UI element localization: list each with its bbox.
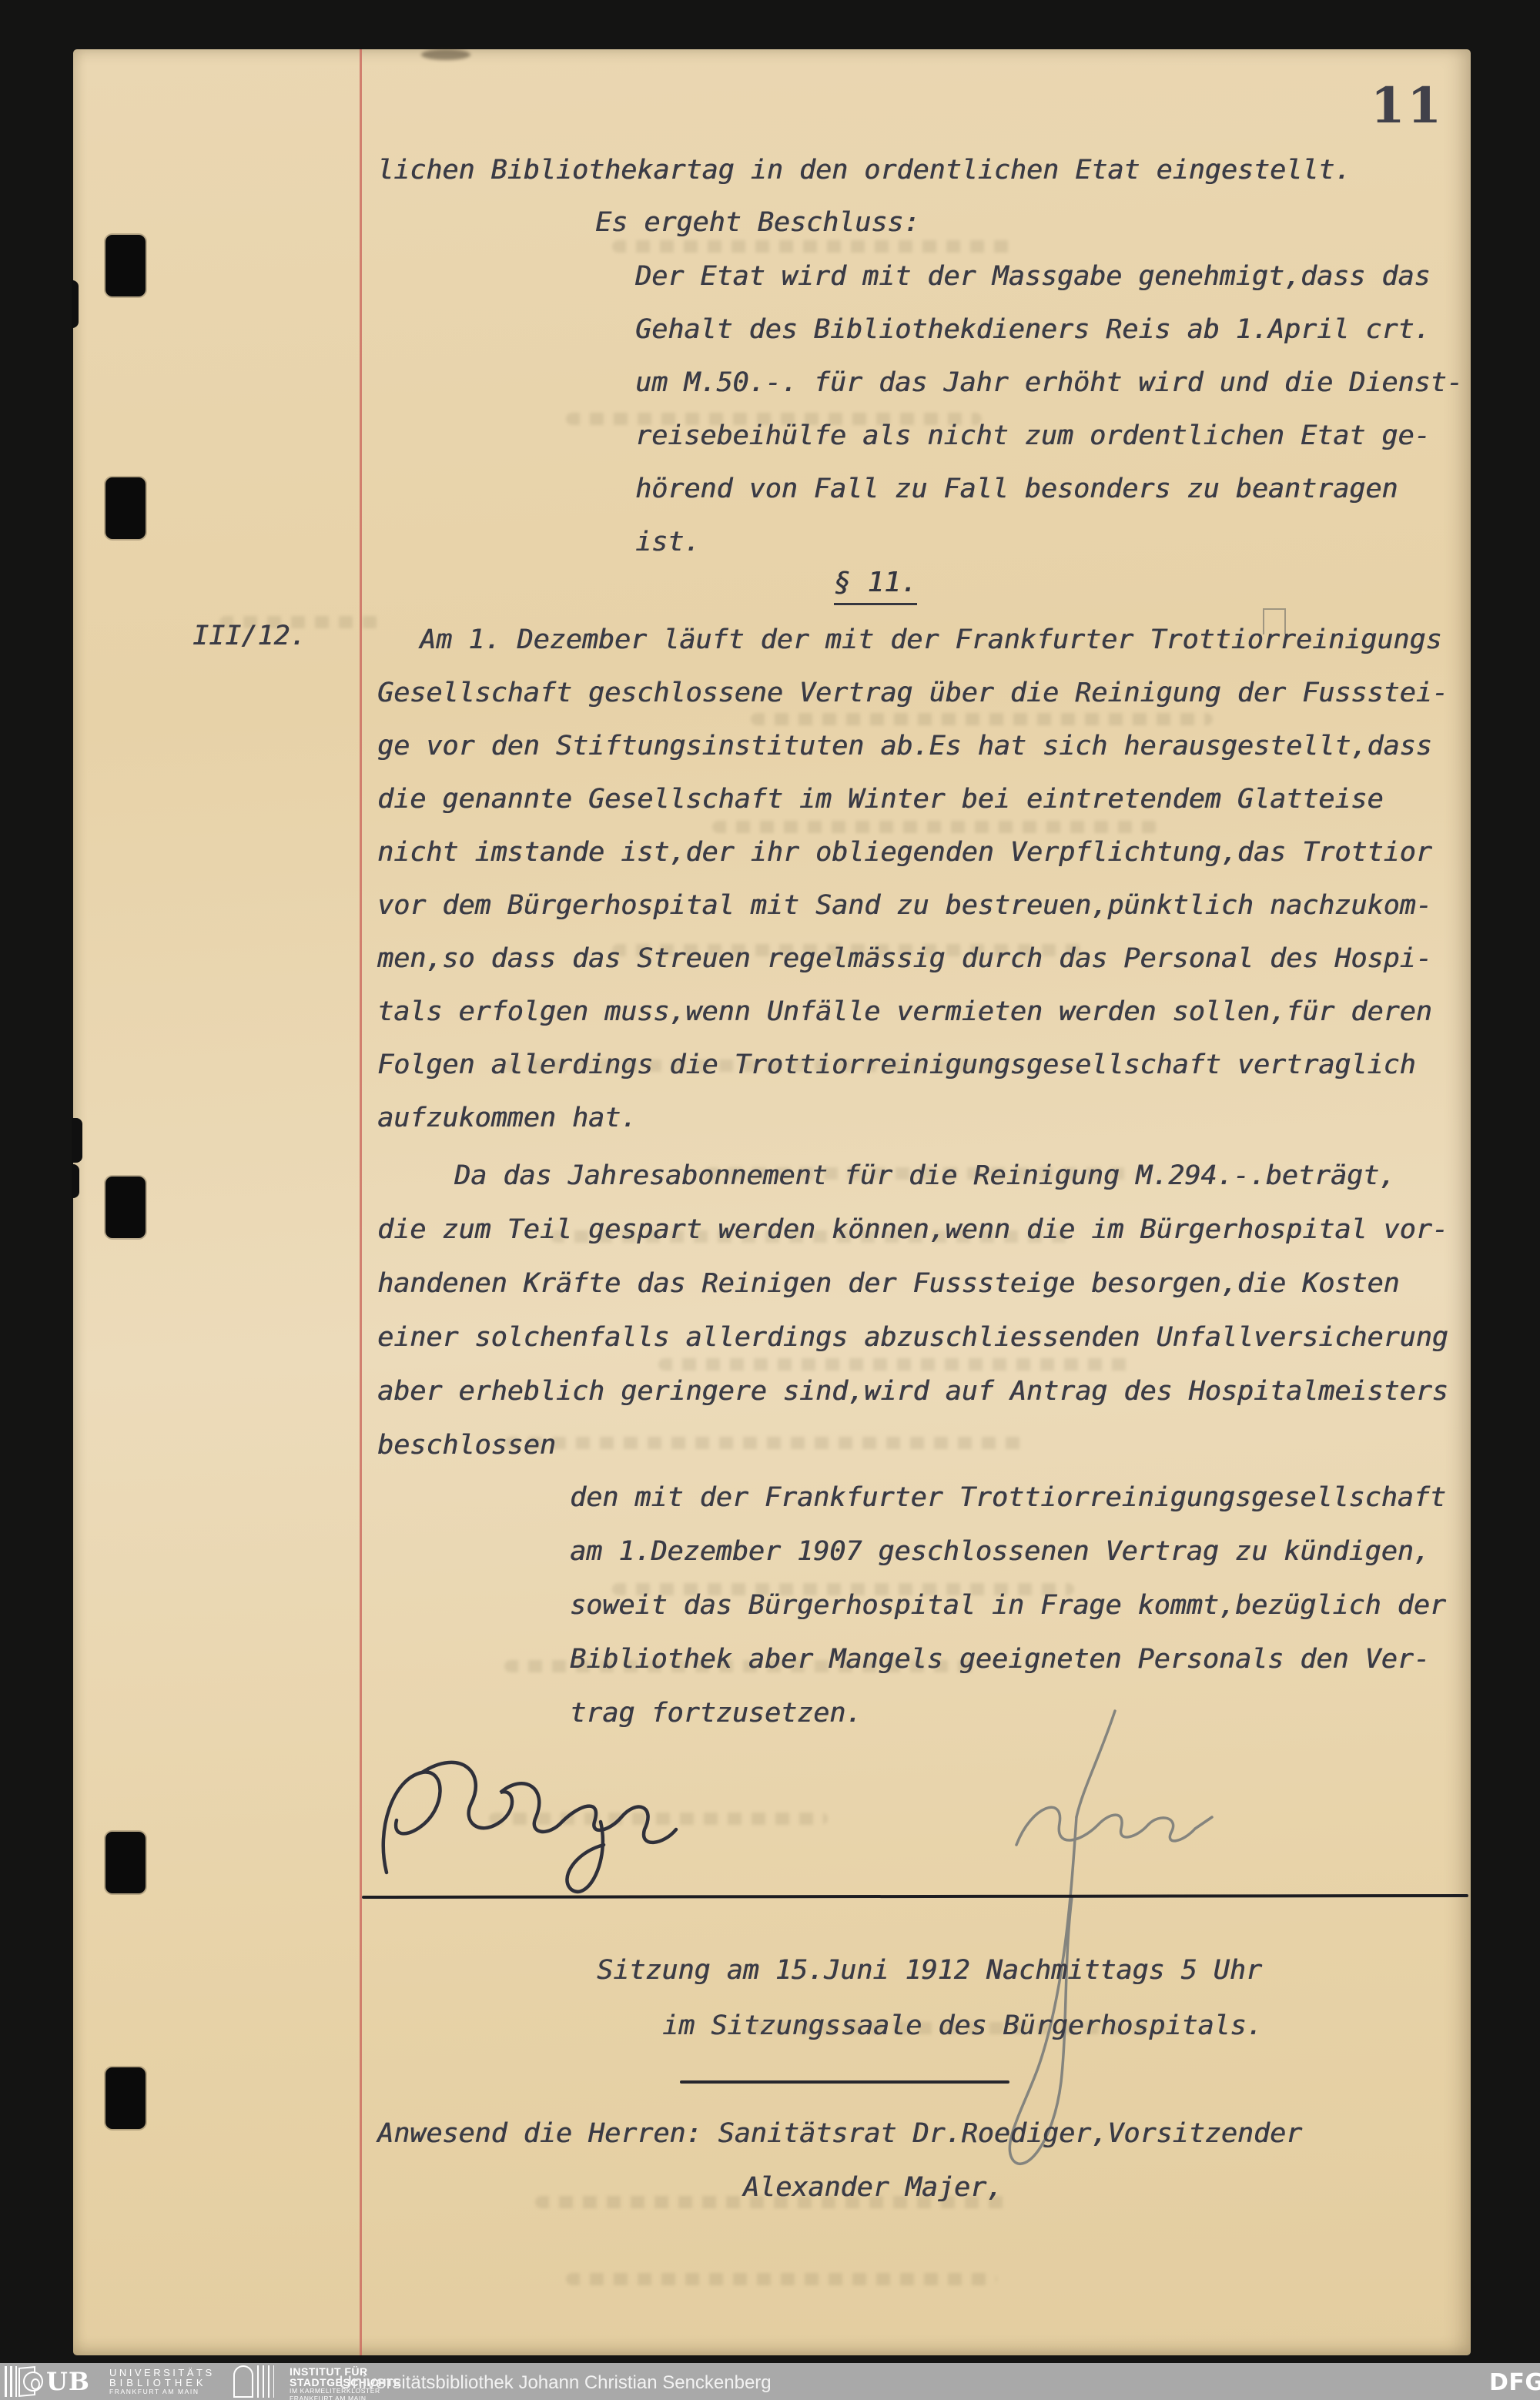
text-line: Da das Jahresabonnement für die Reinigun… bbox=[454, 1156, 1448, 1210]
ub-logo: UB bbox=[5, 2366, 103, 2397]
text-line: aber erheblich geringere sind,wird auf A… bbox=[377, 1372, 1448, 1426]
text-line: den mit der Frankfurter Trottiorreinigun… bbox=[570, 1478, 1446, 1532]
paragraph-1: Am 1. Dezember läuft der mit der Frankfu… bbox=[377, 621, 1448, 1152]
punch-hole bbox=[105, 2067, 146, 2129]
text-line: einer solchenfalls allerdings abzuschlie… bbox=[377, 1318, 1448, 1372]
text-line: soweit das Bürgerhospital in Frage kommt… bbox=[570, 1586, 1446, 1640]
punch-hole bbox=[105, 1832, 146, 1893]
ub-logo-portrait-icon bbox=[23, 2372, 43, 2392]
ub-logo-bars-icon bbox=[5, 2366, 17, 2397]
text-line: Der Etat wird mit der Massgabe genehmigt… bbox=[635, 257, 1463, 310]
page-number: 11 bbox=[1371, 77, 1444, 135]
text-line: ge vor den Stiftungsinstituten ab.Es hat… bbox=[377, 727, 1448, 780]
text-line: am 1.Dezember 1907 geschlossenen Vertrag… bbox=[570, 1532, 1446, 1586]
library-line-2: BIBLIOTHEK bbox=[109, 2378, 215, 2388]
text-line: hörend von Fall zu Fall besonders zu bea… bbox=[635, 470, 1463, 523]
text-line: Sitzung am 15.Juni 1912 Nachmittags 5 Uh… bbox=[597, 1951, 1262, 2004]
university-library-label: UNIVERSITÄTS BIBLIOTHEK FRANKFURT AM MAI… bbox=[109, 2368, 215, 2396]
paper-edge-tear bbox=[72, 1164, 79, 1198]
paragraph-2: Da das Jahresabonnement für die Reinigun… bbox=[377, 1156, 1448, 1480]
paragraph-continuation: lichen Bibliothekartag in den ordentlich… bbox=[377, 151, 1351, 204]
bleed-through-smudge bbox=[566, 2273, 997, 2285]
digitization-credit: Universitätsbibliothek Johann Christian … bbox=[339, 2372, 772, 2394]
text-line: lichen Bibliothekartag in den ordentlich… bbox=[377, 151, 1351, 204]
text-line: Folgen allerdings die Trottiorreinigungs… bbox=[377, 1046, 1448, 1099]
text-line: Gesellschaft geschlossene Vertrag über d… bbox=[377, 674, 1448, 727]
signature-pencil bbox=[878, 1666, 1263, 2190]
ub-monogram: UB bbox=[46, 2368, 90, 2395]
library-line-3: FRANKFURT AM MAIN bbox=[109, 2388, 215, 2396]
text-line: men,so dass das Streuen regelmässig durc… bbox=[377, 939, 1448, 992]
paper-edge-tear bbox=[72, 280, 79, 328]
resolution-text-1: Der Etat wird mit der Massgabe genehmigt… bbox=[635, 257, 1463, 576]
margin-reference-note: III/12. bbox=[192, 621, 306, 651]
institute-line-4: FRANKFURT AM MAIN bbox=[290, 2395, 401, 2400]
margin-ruling-line bbox=[360, 49, 362, 2355]
text-line: Alexander Majer, bbox=[743, 2168, 1003, 2221]
arch-bars-icon bbox=[257, 2365, 274, 2398]
text-line: Gehalt des Bibliothekdieners Reis ab 1.A… bbox=[635, 310, 1463, 363]
text-line: aufzukommen hat. bbox=[377, 1099, 1448, 1152]
text-line: reisebeihülfe als nicht zum ordentlichen… bbox=[635, 417, 1463, 470]
text-line: die genannte Gesellschaft im Winter bei … bbox=[377, 780, 1448, 833]
text-line: nicht imstande ist,der ihr obliegenden V… bbox=[377, 833, 1448, 886]
punch-hole bbox=[105, 477, 146, 539]
text-line: die zum Teil gespart werden können,wenn … bbox=[377, 1210, 1448, 1264]
text-line: ist. bbox=[635, 523, 1463, 576]
punch-hole bbox=[105, 1177, 146, 1238]
text-line: im Sitzungssaale des Bürgerhospitals. bbox=[662, 2007, 1263, 2060]
session-date-line: Sitzung am 15.Juni 1912 Nachmittags 5 Uh… bbox=[597, 1951, 1262, 2004]
separator-rule-short bbox=[680, 2080, 1009, 2084]
text-line: um M.50.-. für das Jahr erhöht wird und … bbox=[635, 363, 1463, 417]
paper-edge-tear bbox=[72, 1118, 82, 1163]
text-line: Anwesend die Herren: Sanitätsrat Dr.Roed… bbox=[377, 2114, 1302, 2167]
attendees-line-1: Anwesend die Herren: Sanitätsrat Dr.Roed… bbox=[377, 2114, 1302, 2167]
text-line: Am 1. Dezember läuft der mit der Frankfu… bbox=[420, 621, 1448, 674]
session-place-line: im Sitzungssaale des Bürgerhospitals. bbox=[662, 2007, 1263, 2060]
punch-hole bbox=[105, 235, 146, 296]
text-line: Es ergeht Beschluss: bbox=[595, 203, 919, 256]
text-line: vor dem Bürgerhospital mit Sand zu bestr… bbox=[377, 886, 1448, 939]
scanned-document-page: 11 lichen Bibliothekartag in den ordentl… bbox=[73, 49, 1471, 2355]
text-line: handenen Kräfte das Reinigen der Fussste… bbox=[377, 1264, 1448, 1318]
text-line: beschlossen bbox=[377, 1426, 1448, 1480]
arch-icon bbox=[233, 2365, 253, 2398]
karmeliterkloster-logo bbox=[233, 2365, 280, 2398]
attendees-line-2: Alexander Majer, bbox=[743, 2168, 1003, 2221]
dfg-logo: DFG bbox=[1489, 2369, 1540, 2396]
signature-roediger bbox=[370, 1743, 701, 1928]
resolution-intro: Es ergeht Beschluss: bbox=[595, 203, 919, 256]
paper-stain bbox=[421, 49, 470, 60]
text-line: tals erfolgen muss,wenn Unfälle vermiete… bbox=[377, 992, 1448, 1046]
section-heading: § 11. bbox=[834, 567, 917, 605]
library-credit-bar: UB UNIVERSITÄTS BIBLIOTHEK FRANKFURT AM … bbox=[0, 2363, 1540, 2400]
